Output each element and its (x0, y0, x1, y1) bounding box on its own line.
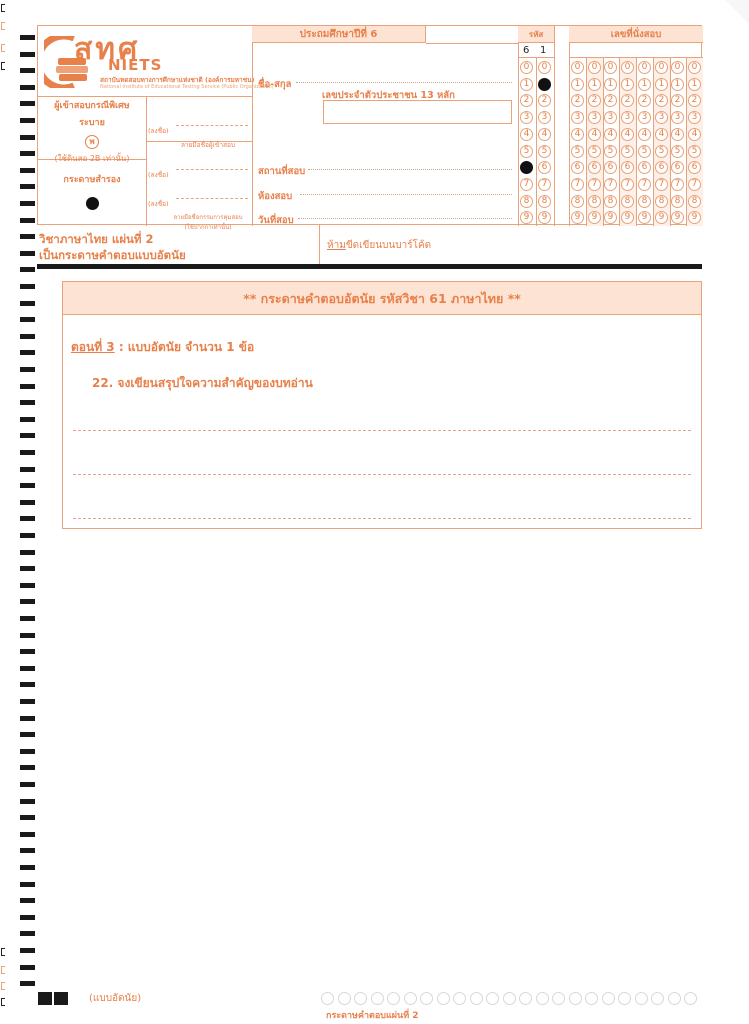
seat-number-bubble[interactable]: 1 (571, 78, 584, 91)
sheet-id-circle (486, 992, 499, 1005)
subject-code-bubble[interactable]: 5 (520, 145, 533, 158)
timing-mark (20, 749, 35, 754)
seat-number-bubble[interactable]: 4 (688, 128, 701, 141)
timing-mark (20, 433, 35, 438)
seat-number-bubble[interactable]: 2 (604, 94, 617, 107)
subject-code-bubble[interactable]: 0 (520, 61, 533, 74)
subject-code-bubble[interactable]: 0 (538, 61, 551, 74)
header-box: สทศ NIETS สถาบันทดสอบทางการศึกษาแห่งชาติ… (37, 25, 702, 225)
subject-code-bubble[interactable]: 4 (538, 128, 551, 141)
separator-bar (37, 264, 702, 269)
timing-mark (20, 68, 35, 73)
seat-number-bubble[interactable]: 6 (655, 161, 668, 174)
timing-mark (20, 500, 35, 505)
timing-mark (20, 450, 35, 455)
seat-number-bubble[interactable]: 4 (571, 128, 584, 141)
candidate-signature-line[interactable] (176, 125, 248, 126)
subject-code-digit-2: 1 (540, 43, 546, 58)
sheet-id-circle (651, 992, 664, 1005)
sheet-id-circle (354, 992, 367, 1005)
seat-number-bubble[interactable]: 0 (671, 61, 684, 74)
seat-column-divider (653, 58, 654, 226)
seat-number-bubble[interactable]: 7 (638, 178, 651, 191)
timing-mark (20, 898, 35, 903)
timing-mark (20, 965, 35, 970)
seat-number-header: เลขที่นั่งสอบ (569, 26, 703, 43)
subject-code-digit-1: 6 (523, 43, 529, 58)
barcode-note: ห้ามขีดเขียนบนบาร์โค้ด (327, 238, 431, 253)
seat-column-divider (586, 58, 587, 226)
timing-mark (20, 782, 35, 787)
room-label: ห้องสอบ (258, 191, 292, 202)
timing-mark (20, 334, 35, 339)
seat-number-bubble[interactable]: 9 (671, 211, 684, 224)
special-candidate-instruction: ระบาย (38, 115, 146, 129)
timing-mark (20, 151, 35, 156)
seat-number-bubble[interactable]: 5 (671, 145, 684, 158)
answer-line-3[interactable] (73, 518, 691, 519)
edge-bracket (1, 966, 5, 974)
sheet-id-circle (602, 992, 615, 1005)
special-candidate-title: ผู้เข้าสอบกรณีพิเศษ (38, 98, 146, 112)
timing-mark (20, 267, 35, 272)
seat-number-bubble[interactable]: 6 (621, 161, 634, 174)
venue-label: สถานที่สอบ (258, 166, 305, 177)
timing-mark (20, 931, 35, 936)
seat-number-bubble[interactable]: 2 (688, 94, 701, 107)
subject-code-bubble[interactable]: 2 (520, 94, 533, 107)
timing-mark (20, 915, 35, 920)
part-description: : แบบอัตนัย จำนวน 1 ข้อ (115, 340, 255, 354)
seat-number-bubble[interactable]: 7 (588, 178, 601, 191)
seat-number-bubble[interactable]: 0 (638, 61, 651, 74)
seat-number-bubble[interactable]: 5 (588, 145, 601, 158)
sheet-id-circle (371, 992, 384, 1005)
seat-number-bubble[interactable]: 3 (588, 111, 601, 124)
sheet-id-circle (519, 992, 532, 1005)
sheet-id-circle (470, 992, 483, 1005)
seat-number-bubble[interactable]: 1 (621, 78, 634, 91)
seat-number-bubble[interactable]: 0 (655, 61, 668, 74)
seat-number-bubble[interactable]: 8 (588, 195, 601, 208)
timing-mark (20, 583, 35, 588)
subject-code-bubble[interactable]: 1 (520, 78, 533, 91)
edge-bracket (1, 4, 5, 12)
seat-number-bubble[interactable]: 4 (621, 128, 634, 141)
question-22: 22. จงเขียนสรุปใจความสำคัญของบทอ่าน (92, 374, 313, 393)
timing-mark (20, 516, 35, 521)
timing-mark (20, 948, 35, 953)
sheet-type-label: (แบบอัตนัย) (89, 991, 141, 1006)
sheet-id-circle (338, 992, 351, 1005)
seat-number-bubble[interactable]: 2 (671, 94, 684, 107)
timing-mark (20, 666, 35, 671)
seat-number-bubble[interactable]: 7 (655, 178, 668, 191)
sheet-id-circle (536, 992, 549, 1005)
candidate-signature-caption: ลายมือชื่อผู้เข้าสอบ (148, 140, 250, 150)
sheet-id-circle (420, 992, 433, 1005)
seat-number-bubble[interactable]: 5 (621, 145, 634, 158)
timing-mark (20, 699, 35, 704)
timing-mark (20, 865, 35, 870)
seat-number-bubble[interactable]: 7 (571, 178, 584, 191)
subject-code-bubble[interactable]: 5 (538, 145, 551, 158)
seat-number-bubble[interactable]: 9 (588, 211, 601, 224)
seat-number-bubble[interactable]: 1 (671, 78, 684, 91)
timing-mark (20, 234, 35, 239)
subject-code-bubble[interactable]: 2 (538, 94, 551, 107)
timing-mark (20, 616, 35, 621)
seat-number-bubble[interactable]: 7 (604, 178, 617, 191)
seat-number-bubble[interactable]: 7 (621, 178, 634, 191)
barcode-note-text: ขีดเขียนบนบาร์โค้ด (346, 240, 431, 251)
subject-code-bubble[interactable]: 6 (538, 161, 551, 174)
draft-paper-label: กระดาษสำรอง (38, 172, 146, 186)
seat-number-bubble[interactable]: 2 (621, 94, 634, 107)
subject-code-bubble[interactable]: 3 (520, 111, 533, 124)
subject-code-bubble[interactable]: 4 (520, 128, 533, 141)
sign-prefix: (ลงชื่อ) (148, 171, 169, 179)
timing-mark (20, 251, 35, 256)
corner-mark (38, 992, 52, 1005)
timing-mark (20, 367, 35, 372)
seat-number-bubble[interactable]: 9 (571, 211, 584, 224)
seat-number-bubble[interactable]: 3 (688, 111, 701, 124)
subject-code-digits: 6 1 (518, 43, 554, 58)
seat-number-bubble[interactable]: 3 (655, 111, 668, 124)
seat-number-bubble[interactable]: 0 (688, 61, 701, 74)
timing-mark (20, 633, 35, 638)
proctor-signature-line-2[interactable] (176, 198, 248, 199)
subject-code-bubble[interactable]: 8 (538, 195, 551, 208)
proctor-signature-caption: ลายมือชื่อกรรมการคุมสอบ (148, 212, 250, 222)
edge-bracket (1, 948, 5, 956)
seat-number-bubble[interactable]: 0 (588, 61, 601, 74)
answer-line-1[interactable] (73, 430, 691, 431)
seat-number-bubble[interactable]: 8 (638, 195, 651, 208)
timing-mark (20, 350, 35, 355)
seat-number-bubble[interactable]: 6 (688, 161, 701, 174)
timing-mark (20, 417, 35, 422)
sheet-id-circle (404, 992, 417, 1005)
timing-mark (20, 550, 35, 555)
timing-mark (20, 765, 35, 770)
subject-code-bubble[interactable]: 6 (520, 161, 533, 174)
niets-logo: สทศ NIETS สถาบันทดสอบทางการศึกษาแห่งชาติ… (44, 32, 249, 96)
timing-mark (20, 981, 35, 986)
timing-mark (20, 135, 35, 140)
seat-number-bubble[interactable]: 4 (588, 128, 601, 141)
timing-mark (20, 384, 35, 389)
draft-paper-bubble[interactable] (86, 197, 99, 210)
seat-number-bubble[interactable]: 9 (655, 211, 668, 224)
seat-number-bubble[interactable]: 8 (604, 195, 617, 208)
proctor-signature-1: (ลงชื่อ) (148, 162, 250, 181)
org-name-en: National Institute of Educational Testin… (100, 84, 274, 90)
timing-mark (20, 118, 35, 123)
answer-sheet-header: ** กระดาษคำตอบอัตนัย รหัสวิชา 61 ภาษาไทย… (63, 282, 701, 315)
timing-mark (20, 317, 35, 322)
seat-number-bubble[interactable]: 5 (655, 145, 668, 158)
timing-mark (20, 533, 35, 538)
seat-number-bubble[interactable]: 3 (638, 111, 651, 124)
draft-paper-section: กระดาษสำรอง (38, 172, 146, 210)
seat-number-bubble[interactable]: 3 (604, 111, 617, 124)
edge-bracket (1, 22, 5, 30)
seat-number-bubble[interactable]: 4 (655, 128, 668, 141)
proctor-signature-line-1[interactable] (176, 169, 248, 170)
seat-number-bubble[interactable]: 2 (588, 94, 601, 107)
answer-sheet-page: สทศ NIETS สถาบันทดสอบทางการศึกษาแห่งชาติ… (0, 0, 749, 1024)
subject-code-bubble[interactable]: 1 (538, 78, 551, 91)
timing-mark (20, 882, 35, 887)
seat-number-bubble[interactable]: 0 (604, 61, 617, 74)
seat-number-bubble[interactable]: 5 (604, 145, 617, 158)
subject-code-bubble[interactable]: 3 (538, 111, 551, 124)
name-label: ชื่อ-สกุล (258, 79, 291, 90)
seat-number-bubble[interactable]: 4 (638, 128, 651, 141)
timing-mark (20, 649, 35, 654)
seat-number-bubble[interactable]: 4 (671, 128, 684, 141)
sheet-id-circle (503, 992, 516, 1005)
timing-mark (20, 218, 35, 223)
sheet-id-circle (387, 992, 400, 1005)
edge-bracket (1, 982, 5, 990)
seat-number-bubble[interactable]: 5 (571, 145, 584, 158)
timing-mark (20, 52, 35, 57)
barcode-note-prohibit: ห้าม (327, 240, 346, 251)
timing-mark (20, 184, 35, 189)
seat-number-bubble[interactable]: 9 (688, 211, 701, 224)
room-field[interactable]: ห้องสอบ (258, 184, 514, 204)
answer-line-2[interactable] (73, 474, 691, 475)
seat-number-bubble[interactable]: 6 (671, 161, 684, 174)
subject-code-bubble[interactable]: 8 (520, 195, 533, 208)
timing-mark (20, 799, 35, 804)
seat-number-bubble[interactable]: 1 (688, 78, 701, 91)
special-candidate-bubble[interactable]: พ (85, 135, 99, 149)
venue-field[interactable]: สถานที่สอบ (258, 159, 514, 179)
page-corner (725, 0, 749, 24)
seat-number-value[interactable] (569, 43, 703, 58)
pencil-note: (ใช้ดินสอ 2B เท่านั้น) (38, 152, 146, 165)
timing-mark (20, 682, 35, 687)
special-candidate-section: ผู้เข้าสอบกรณีพิเศษ ระบาย พ (ใช้ดินสอ 2B… (38, 98, 146, 165)
seat-number-bubble[interactable]: 1 (588, 78, 601, 91)
seat-number-bubble[interactable]: 2 (638, 94, 651, 107)
timing-mark (20, 85, 35, 90)
sheet-id-circle (668, 992, 681, 1005)
seat-number-bubble[interactable]: 8 (571, 195, 584, 208)
seat-number-bubble[interactable]: 9 (621, 211, 634, 224)
timing-mark (20, 716, 35, 721)
sheet-id-circle (552, 992, 565, 1005)
seat-number-bubble[interactable]: 8 (688, 195, 701, 208)
timing-mark (20, 35, 35, 40)
sheet-id-circle (437, 992, 450, 1005)
timing-mark (20, 400, 35, 405)
part-heading: ตอนที่ 3 : แบบอัตนัย จำนวน 1 ข้อ (71, 338, 254, 357)
seat-number-bubble[interactable]: 6 (638, 161, 651, 174)
edge-bracket (1, 44, 5, 52)
timing-mark (20, 832, 35, 837)
seat-number-bubble[interactable]: 6 (588, 161, 601, 174)
seat-number-bubble[interactable]: 6 (571, 161, 584, 174)
seat-column-divider (636, 58, 637, 226)
seat-number-bubble[interactable]: 2 (571, 94, 584, 107)
sheet-id-circle (635, 992, 648, 1005)
seat-number-bubble[interactable]: 6 (604, 161, 617, 174)
timing-mark (20, 284, 35, 289)
seat-number-bubble[interactable]: 8 (621, 195, 634, 208)
grade-level: ประถมศึกษาปีที่ 6 (252, 26, 426, 43)
seat-number-bubble[interactable]: 3 (671, 111, 684, 124)
seat-number-bubble[interactable]: 7 (671, 178, 684, 191)
subject-code-bubble[interactable]: 9 (538, 211, 551, 224)
seat-number-bubble[interactable]: 1 (655, 78, 668, 91)
timing-mark (20, 815, 35, 820)
seat-number-bubble[interactable]: 9 (604, 211, 617, 224)
timing-mark (20, 599, 35, 604)
subject-code-bubble[interactable]: 9 (520, 211, 533, 224)
seat-number-bubble[interactable]: 7 (688, 178, 701, 191)
seat-number-bubble[interactable]: 5 (688, 145, 701, 158)
candidate-signature: (ลงชื่อ) ลายมือชื่อผู้เข้าสอบ (148, 118, 250, 150)
timing-mark (20, 301, 35, 306)
subject-code-header: รหัส (518, 26, 554, 43)
subject-code-bubble[interactable]: 7 (538, 178, 551, 191)
edge-bracket (1, 998, 5, 1006)
seat-number-bubble[interactable]: 8 (671, 195, 684, 208)
seat-number-bubble[interactable]: 1 (638, 78, 651, 91)
subject-type: เป็นกระดาษคำตอบแบบอัตนัย (39, 247, 186, 265)
corner-mark (54, 992, 68, 1005)
sheet-id-circle (585, 992, 598, 1005)
sheet-number-label: กระดาษคำตอบแผ่นที่ 2 (326, 1008, 419, 1022)
seat-number-bubble[interactable]: 3 (571, 111, 584, 124)
seat-number-bubble[interactable]: 5 (638, 145, 651, 158)
logo-english-abbrev: NIETS (108, 56, 162, 74)
timing-mark (20, 168, 35, 173)
timing-mark (20, 101, 35, 106)
seat-number-bubble[interactable]: 3 (621, 111, 634, 124)
seat-number-bubble[interactable]: 1 (604, 78, 617, 91)
seat-number-bubble[interactable]: 4 (604, 128, 617, 141)
sheet-id-circle (321, 992, 334, 1005)
seat-number-bubble[interactable]: 8 (655, 195, 668, 208)
timing-mark (20, 483, 35, 488)
sheet-id-circle (569, 992, 582, 1005)
edge-bracket (1, 62, 5, 70)
sheet-id-circle (618, 992, 631, 1005)
timing-mark (20, 566, 35, 571)
seat-number-bubble[interactable]: 9 (638, 211, 651, 224)
sign-prefix: (ลงชื่อ) (148, 127, 169, 135)
timing-mark (20, 201, 35, 206)
sign-prefix: (ลงชื่อ) (148, 200, 169, 208)
seat-number-bubble[interactable]: 2 (655, 94, 668, 107)
timing-mark (20, 467, 35, 472)
seat-number-bubble[interactable]: 0 (621, 61, 634, 74)
timing-mark (20, 732, 35, 737)
subject-code-bubble[interactable]: 7 (520, 178, 533, 191)
subject-row: วิชาภาษาไทย แผ่นที่ 2 เป็นกระดาษคำตอบแบบ… (37, 225, 702, 265)
answer-box: ** กระดาษคำตอบอัตนัย รหัสวิชา 61 ภาษาไทย… (62, 281, 702, 529)
sheet-id-circle (453, 992, 466, 1005)
timing-mark (20, 848, 35, 853)
citizen-id-input[interactable] (323, 100, 512, 124)
seat-number-bubble[interactable]: 0 (571, 61, 584, 74)
part-label: ตอนที่ 3 (71, 340, 115, 354)
sheet-id-circle (684, 992, 697, 1005)
